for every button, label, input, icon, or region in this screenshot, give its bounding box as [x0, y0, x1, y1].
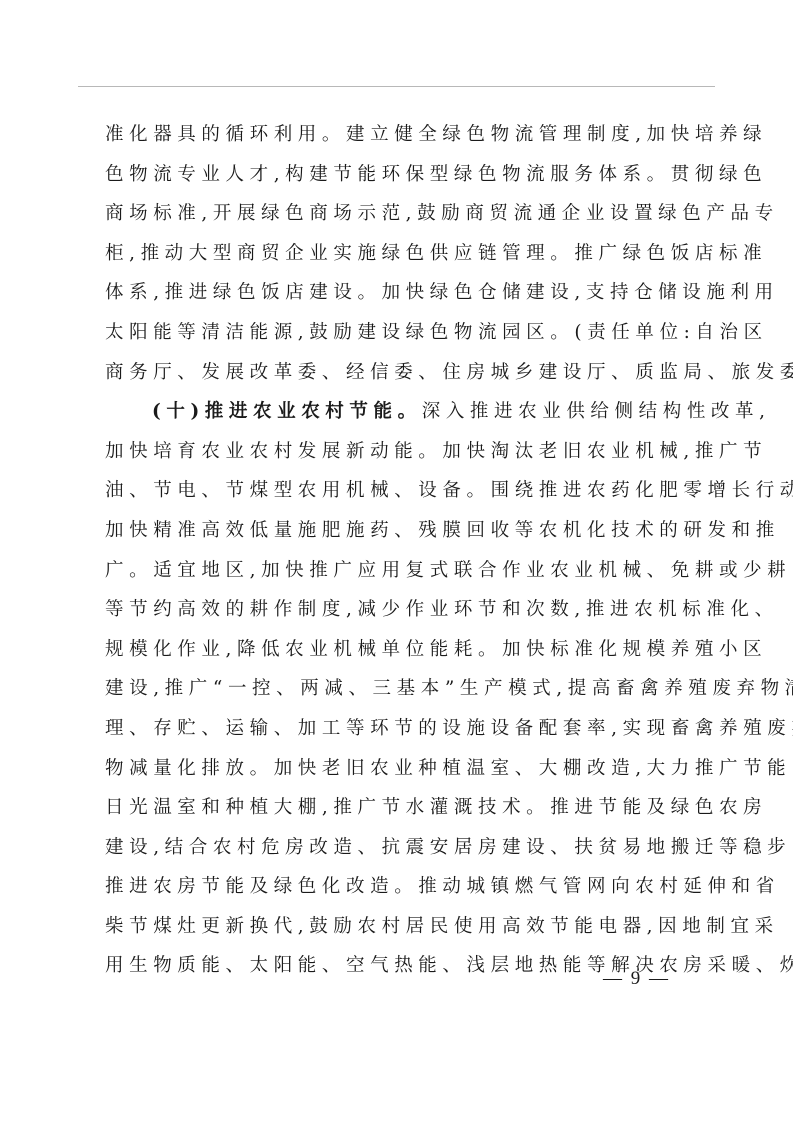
text-line: 太阳能等清洁能源,鼓励建设绿色物流园区。(责任单位:自治区	[105, 318, 695, 358]
text-line: 体系,推进绿色饭店建设。加快绿色仓储建设,支持仓储设施利用	[105, 278, 695, 318]
text-line: 建设,推广“一控、两减、三基本”生产模式,提高畜禽养殖废弃物清	[105, 674, 695, 714]
text-line: 柜,推动大型商贸企业实施绿色供应链管理。推广绿色饭店标准	[105, 239, 695, 279]
text-line: 加快精准高效低量施肥施药、残膜回收等农机化技术的研发和推	[105, 516, 695, 556]
header-rule	[78, 86, 715, 87]
section-heading: (十)推进农业农村节能。	[152, 401, 422, 422]
text-line: 等节约高效的耕作制度,减少作业环节和次数,推进农机标准化、	[105, 595, 695, 635]
section-first-line: (十)推进农业农村节能。深入推进农业供给侧结构性改革,	[105, 397, 695, 437]
document-body: 准化器具的循环利用。建立健全绿色物流管理制度,加快培养绿 色物流专业人才,构建节…	[105, 120, 695, 991]
text-line: 日光温室和种植大棚,推广节水灌溉技术。推进节能及绿色农房	[105, 793, 695, 833]
text-line: 推进农房节能及绿色化改造。推动城镇燃气管网向农村延伸和省	[105, 872, 695, 912]
text-line: 物减量化排放。加快老旧农业种植温室、大棚改造,大力推广节能	[105, 754, 695, 794]
text-line: 柴节煤灶更新换代,鼓励农村居民使用高效节能电器,因地制宜采	[105, 912, 695, 952]
page-number: — 9 —	[603, 968, 683, 990]
text-line: 规模化作业,降低农业机械单位能耗。加快标准化规模养殖小区	[105, 635, 695, 675]
text-line: 加快培育农业农村发展新动能。加快淘汰老旧农业机械,推广节	[105, 437, 695, 477]
section-first-line-text: 深入推进农业供给侧结构性改革,	[422, 401, 771, 422]
text-line: 油、节电、节煤型农用机械、设备。围绕推进农药化肥零增长行动,	[105, 476, 695, 516]
text-line: 商场标准,开展绿色商场示范,鼓励商贸流通企业设置绿色产品专	[105, 199, 695, 239]
text-line: 准化器具的循环利用。建立健全绿色物流管理制度,加快培养绿	[105, 120, 695, 160]
text-line: 建设,结合农村危房改造、抗震安居房建设、扶贫易地搬迁等稳步	[105, 833, 695, 873]
text-line: 色物流专业人才,构建节能环保型绿色物流服务体系。贯彻绿色	[105, 160, 695, 200]
text-line: 理、存贮、运输、加工等环节的设施设备配套率,实现畜禽养殖废弃	[105, 714, 695, 754]
text-line: 商务厅、发展改革委、经信委、住房城乡建设厅、质监局、旅发委等)	[105, 358, 695, 398]
text-line: 广。适宜地区,加快推广应用复式联合作业农业机械、免耕或少耕	[105, 556, 695, 596]
